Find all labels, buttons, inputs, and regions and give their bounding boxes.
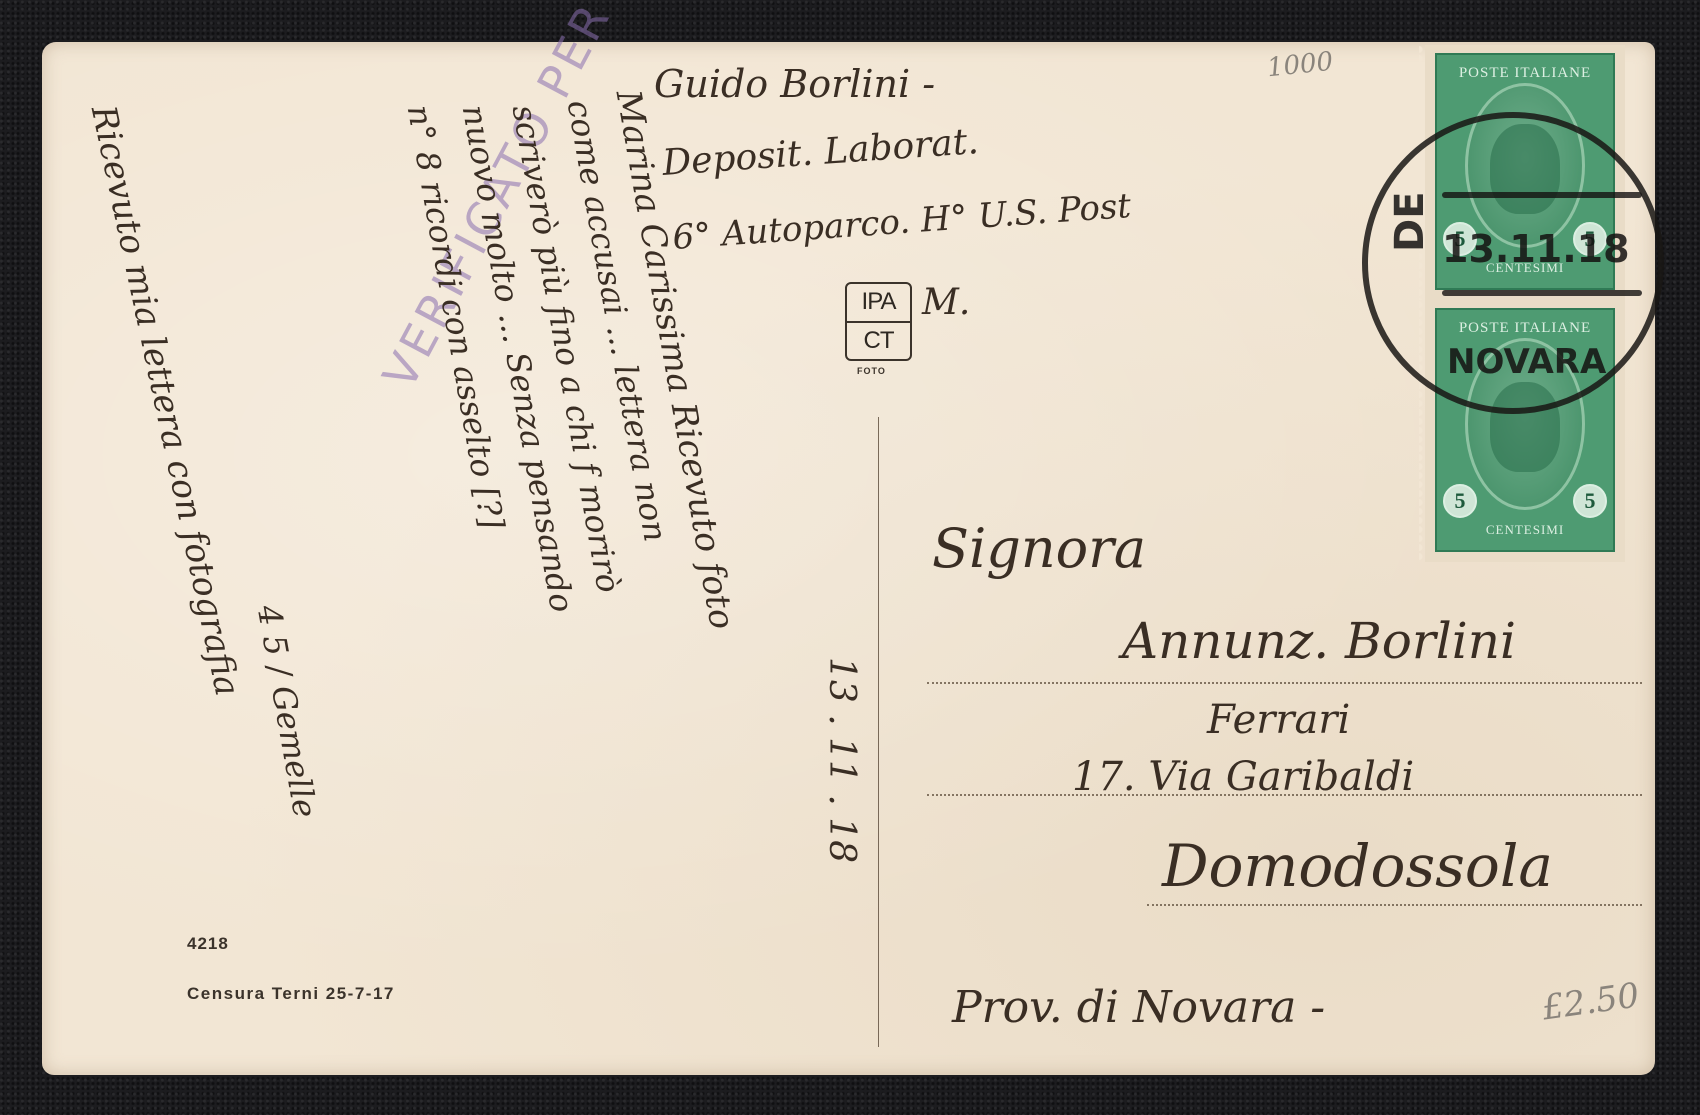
publisher-logo: IPA CT <box>845 282 912 361</box>
stamp-denomination: CENTESIMI <box>1437 522 1613 538</box>
recipient-province: Prov. di Novara - <box>952 982 1325 1033</box>
address-line-1 <box>927 682 1642 684</box>
stamp-country: POSTE ITALIANE <box>1437 65 1613 82</box>
stamp-value-right: 5 <box>1573 484 1607 518</box>
address-line-3 <box>1147 904 1642 906</box>
postcard: VERIFICATO PER CENSURA IPA CT FOTO 4218 … <box>42 42 1655 1075</box>
recipient-city: Domodossola <box>1162 832 1553 900</box>
recipient-street: 17. Via Garibaldi <box>1072 754 1414 800</box>
date: 13 . 11 . 18 <box>821 657 862 863</box>
recipient-name: Annunz. Borlini <box>1122 612 1516 670</box>
sender-address: 6° Autoparco. H° U.S. Post <box>671 186 1132 258</box>
logo-top: IPA <box>847 284 910 323</box>
sender-name: Guido Borlini - <box>654 62 935 106</box>
logo-caption: FOTO <box>857 366 886 376</box>
postmark-date: 13.11.18 <box>1442 227 1630 271</box>
publisher-number: 4218 <box>187 934 229 954</box>
center-divider <box>878 417 879 1047</box>
postmark-city: NOVARA <box>1447 342 1606 382</box>
postmark-bar <box>1442 192 1642 198</box>
postmark-bar <box>1442 290 1642 296</box>
message-line: Ricevuto mia lettera con fotografia <box>83 102 247 699</box>
pencil-note-price: £2.50 <box>1540 975 1642 1028</box>
pencil-note-top: 1000 <box>1266 47 1335 84</box>
sender-unit: Deposit. Laborat. <box>661 121 980 184</box>
stamp-value-left: 5 <box>1443 484 1477 518</box>
postmark-left-text: DE <box>1387 191 1433 252</box>
recipient-line2: Ferrari <box>1207 697 1350 743</box>
censorship-line: Censura Terni 25-7-17 <box>187 984 395 1004</box>
sender-mark: M. <box>922 282 970 323</box>
message-line: 4 5 / Gemelle <box>250 602 325 821</box>
logo-bottom: CT <box>847 323 910 360</box>
recipient-salutation: Signora <box>932 517 1146 580</box>
